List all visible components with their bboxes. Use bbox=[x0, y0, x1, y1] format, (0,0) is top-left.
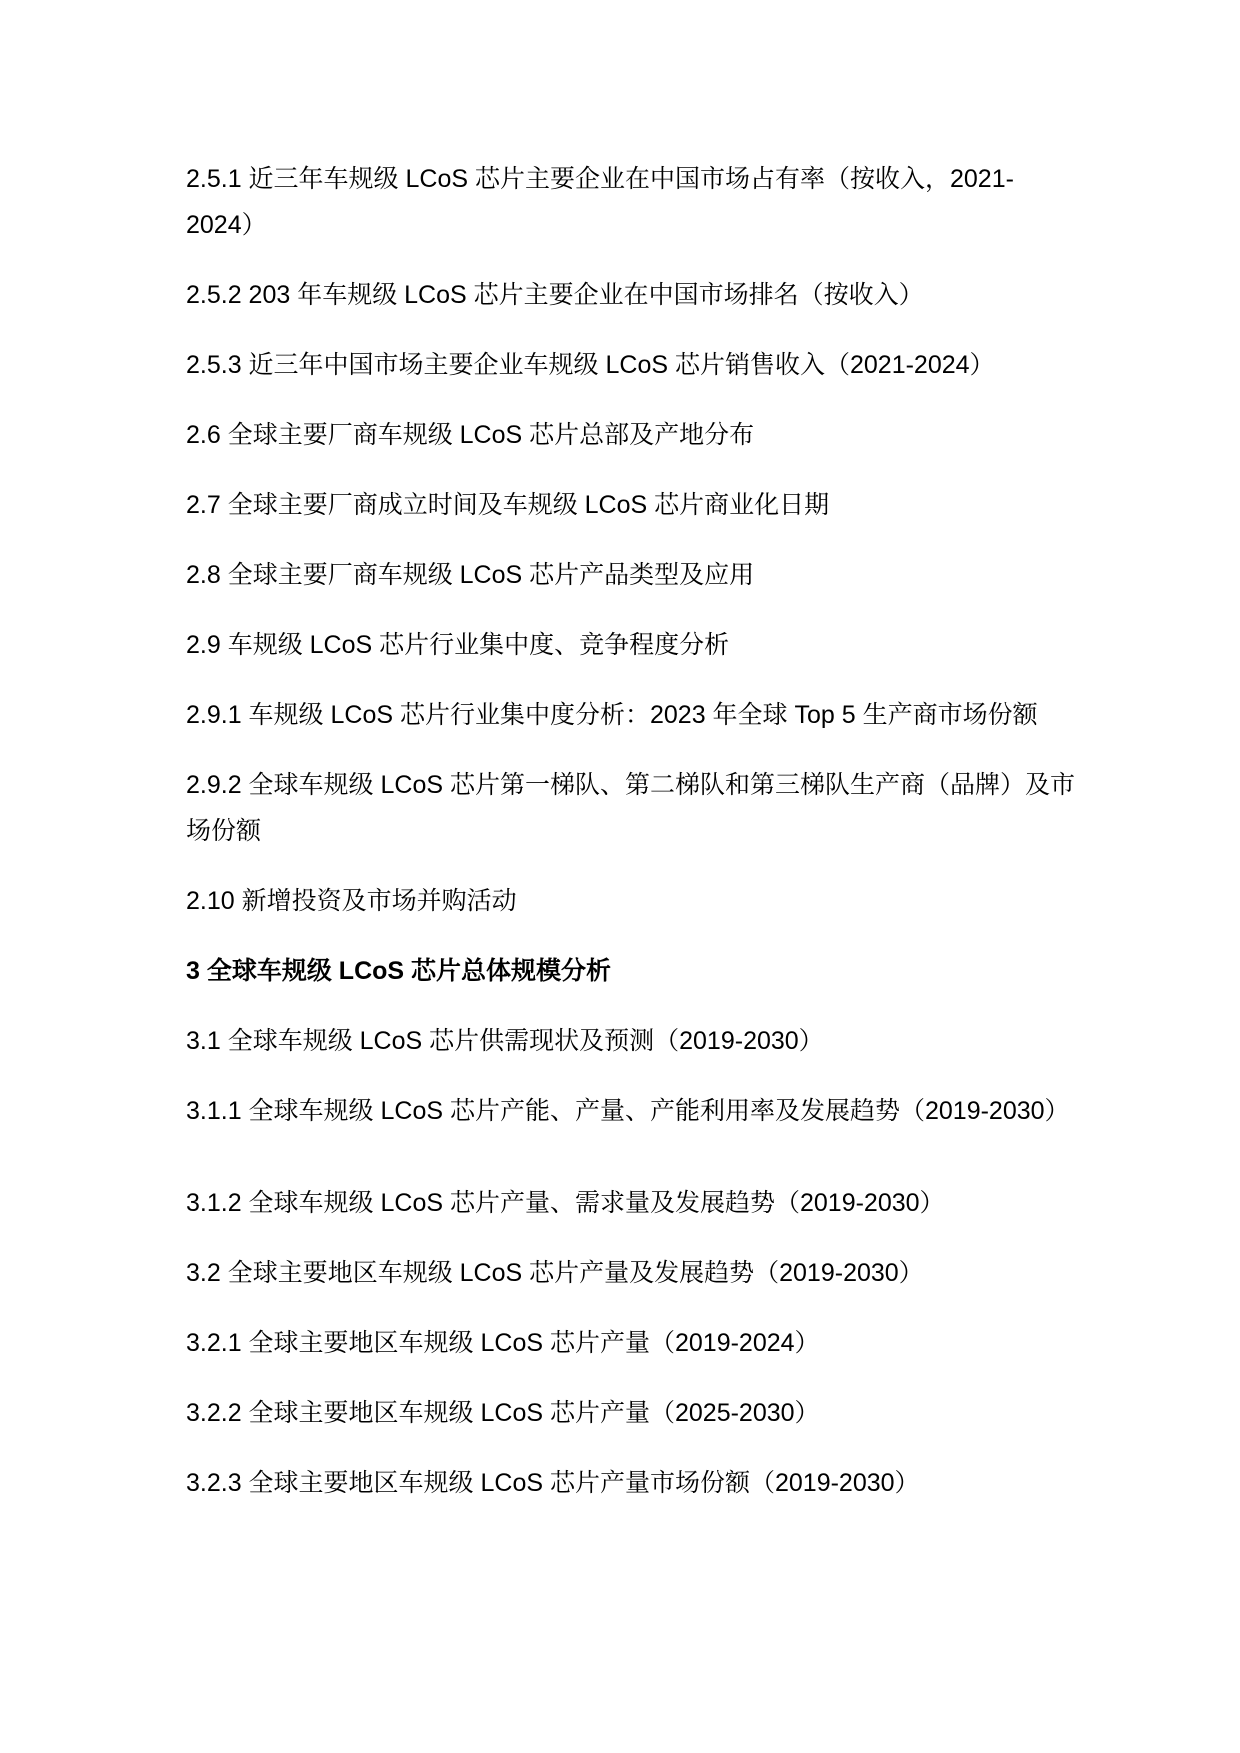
toc-entry-2-10: 2.10 新增投资及市场并购活动 bbox=[186, 878, 1076, 924]
toc-entry-2-5-2: 2.5.2 203 年车规级 LCoS 芯片主要企业在中国市场排名（按收入） bbox=[186, 272, 1076, 318]
toc-entry-3-1-1: 3.1.1 全球车规级 LCoS 芯片产能、产量、产能利用率及发展趋势（2019… bbox=[186, 1088, 1076, 1134]
toc-entry-2-9: 2.9 车规级 LCoS 芯片行业集中度、竞争程度分析 bbox=[186, 622, 1076, 668]
toc-entry-2-7: 2.7 全球主要厂商成立时间及车规级 LCoS 芯片商业化日期 bbox=[186, 482, 1076, 528]
toc-entry-2-9-2: 2.9.2 全球车规级 LCoS 芯片第一梯队、第二梯队和第三梯队生产商（品牌）… bbox=[186, 762, 1076, 854]
toc-entry-2-5-1: 2.5.1 近三年车规级 LCoS 芯片主要企业在中国市场占有率（按收入，202… bbox=[186, 156, 1076, 248]
toc-entry-3-2-1: 3.2.1 全球主要地区车规级 LCoS 芯片产量（2019-2024） bbox=[186, 1320, 1076, 1366]
toc-entry-2-9-1: 2.9.1 车规级 LCoS 芯片行业集中度分析：2023 年全球 Top 5 … bbox=[186, 692, 1076, 738]
section-heading-3: 3 全球车规级 LCoS 芯片总体规模分析 bbox=[186, 948, 1076, 994]
toc-entry-2-6: 2.6 全球主要厂商车规级 LCoS 芯片总部及产地分布 bbox=[186, 412, 1076, 458]
toc-entry-3-2-3: 3.2.3 全球主要地区车规级 LCoS 芯片产量市场份额（2019-2030） bbox=[186, 1460, 1076, 1506]
toc-entry-2-5-3: 2.5.3 近三年中国市场主要企业车规级 LCoS 芯片销售收入（2021-20… bbox=[186, 342, 1076, 388]
toc-entry-3-1: 3.1 全球车规级 LCoS 芯片供需现状及预测（2019-2030） bbox=[186, 1018, 1076, 1064]
toc-entry-3-2-2: 3.2.2 全球主要地区车规级 LCoS 芯片产量（2025-2030） bbox=[186, 1390, 1076, 1436]
toc-entry-3-1-2: 3.1.2 全球车规级 LCoS 芯片产量、需求量及发展趋势（2019-2030… bbox=[186, 1180, 1076, 1226]
toc-entry-2-8: 2.8 全球主要厂商车规级 LCoS 芯片产品类型及应用 bbox=[186, 552, 1076, 598]
document-page: 2.5.1 近三年车规级 LCoS 芯片主要企业在中国市场占有率（按收入，202… bbox=[0, 0, 1240, 1753]
toc-entry-3-2: 3.2 全球主要地区车规级 LCoS 芯片产量及发展趋势（2019-2030） bbox=[186, 1250, 1076, 1296]
